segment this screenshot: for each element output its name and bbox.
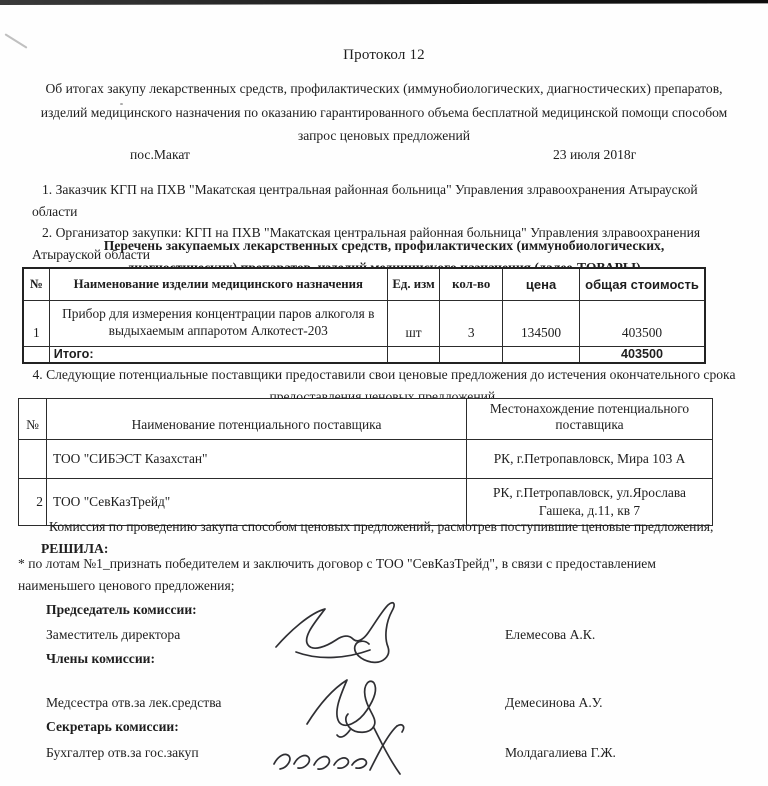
goods-row-qty: 3: [440, 300, 503, 346]
total-row-empty-qty: [440, 346, 503, 363]
scanned-protocol-page: Протокол 12 Об итогах закупу лекарственн…: [0, 0, 768, 786]
suppliers-col-number: №: [19, 399, 47, 440]
secretary-signature: [270, 722, 410, 780]
supplier-row-number: [19, 440, 47, 479]
chairman-name: Елемесова А.К.: [505, 627, 595, 643]
goods-col-number: №: [23, 268, 49, 300]
suppliers-table-header-row: № Наименование потенциального поставщика…: [19, 399, 713, 440]
goods-row-price: 134500: [503, 300, 580, 346]
total-row-empty-price: [503, 346, 580, 363]
secretary-heading: Секретарь комиссии:: [46, 719, 179, 735]
goods-row-total: 403500: [579, 300, 705, 346]
suppliers-col-location: Местонахождение потенциального поставщик…: [467, 399, 713, 440]
suppliers-col-name: Наименование потенциального поставщика: [47, 399, 467, 440]
secretary-role: Бухгалтер отв.за гос.закуп: [46, 745, 199, 761]
goods-table: № Наименование изделии медицинского назн…: [22, 267, 706, 364]
supplier-row-name: ТОО "СИБЭСТ Казахстан": [47, 440, 467, 479]
clause-customer: 1. Заказчик КГП на ПХВ "Макатская центра…: [32, 179, 738, 222]
total-row-empty-unit: [387, 346, 440, 363]
member-role: Медсестра отв.за лек.средства: [46, 695, 221, 711]
document-date: 23 июля 2018г: [553, 147, 636, 163]
goods-col-price: цена: [503, 268, 580, 300]
total-row-empty-number: [23, 346, 49, 363]
goods-col-unit: Ед. изм: [387, 268, 440, 300]
chairman-signature: [270, 595, 410, 671]
member-name: Демесинова А.У.: [505, 695, 603, 711]
chairman-role: Заместитель директора: [46, 627, 180, 643]
supplier-row-location: РК, г.Петропавловск, Мира 103 А: [467, 440, 713, 479]
goods-table-row: 1 Прибор для измерения концентрации паро…: [23, 300, 705, 346]
supplier-row: ТОО "СИБЭСТ Казахстан" РК, г.Петропавлов…: [19, 440, 713, 479]
decision-intro: Комиссия по проведению закупа способом ц…: [33, 516, 733, 538]
document-title: Протокол 12: [0, 47, 768, 64]
goods-table-total-row: Итого: 403500: [23, 346, 705, 363]
members-heading: Члены комиссии:: [46, 651, 155, 667]
goods-col-total: общая стоимость: [579, 268, 705, 300]
decision-item: * по лотам №1_признать победителем и зак…: [18, 553, 730, 596]
goods-table-header-row: № Наименование изделии медицинского назн…: [23, 268, 705, 300]
goods-col-qty: кол-во: [440, 268, 503, 300]
suppliers-table: № Наименование потенциального поставщика…: [18, 398, 713, 526]
document-place: пос.Макат: [130, 147, 190, 163]
goods-row-unit: шт: [387, 300, 440, 346]
goods-col-name: Наименование изделии медицинского назнач…: [49, 268, 387, 300]
total-label: Итого:: [49, 346, 387, 363]
secretary-name: Молдагалиева Г.Ж.: [505, 745, 616, 761]
goods-row-name: Прибор для измерения концентрации паров …: [49, 300, 387, 346]
total-value: 403500: [579, 346, 705, 363]
chairman-heading: Председатель комиссии:: [46, 602, 197, 618]
decision-item-block: * по лотам №1_признать победителем и зак…: [18, 553, 730, 596]
scan-edge-artifact: [0, 0, 768, 5]
document-subtitle: Об итогах закупу лекарственных средств, …: [38, 77, 730, 148]
goods-row-number: 1: [23, 300, 49, 346]
